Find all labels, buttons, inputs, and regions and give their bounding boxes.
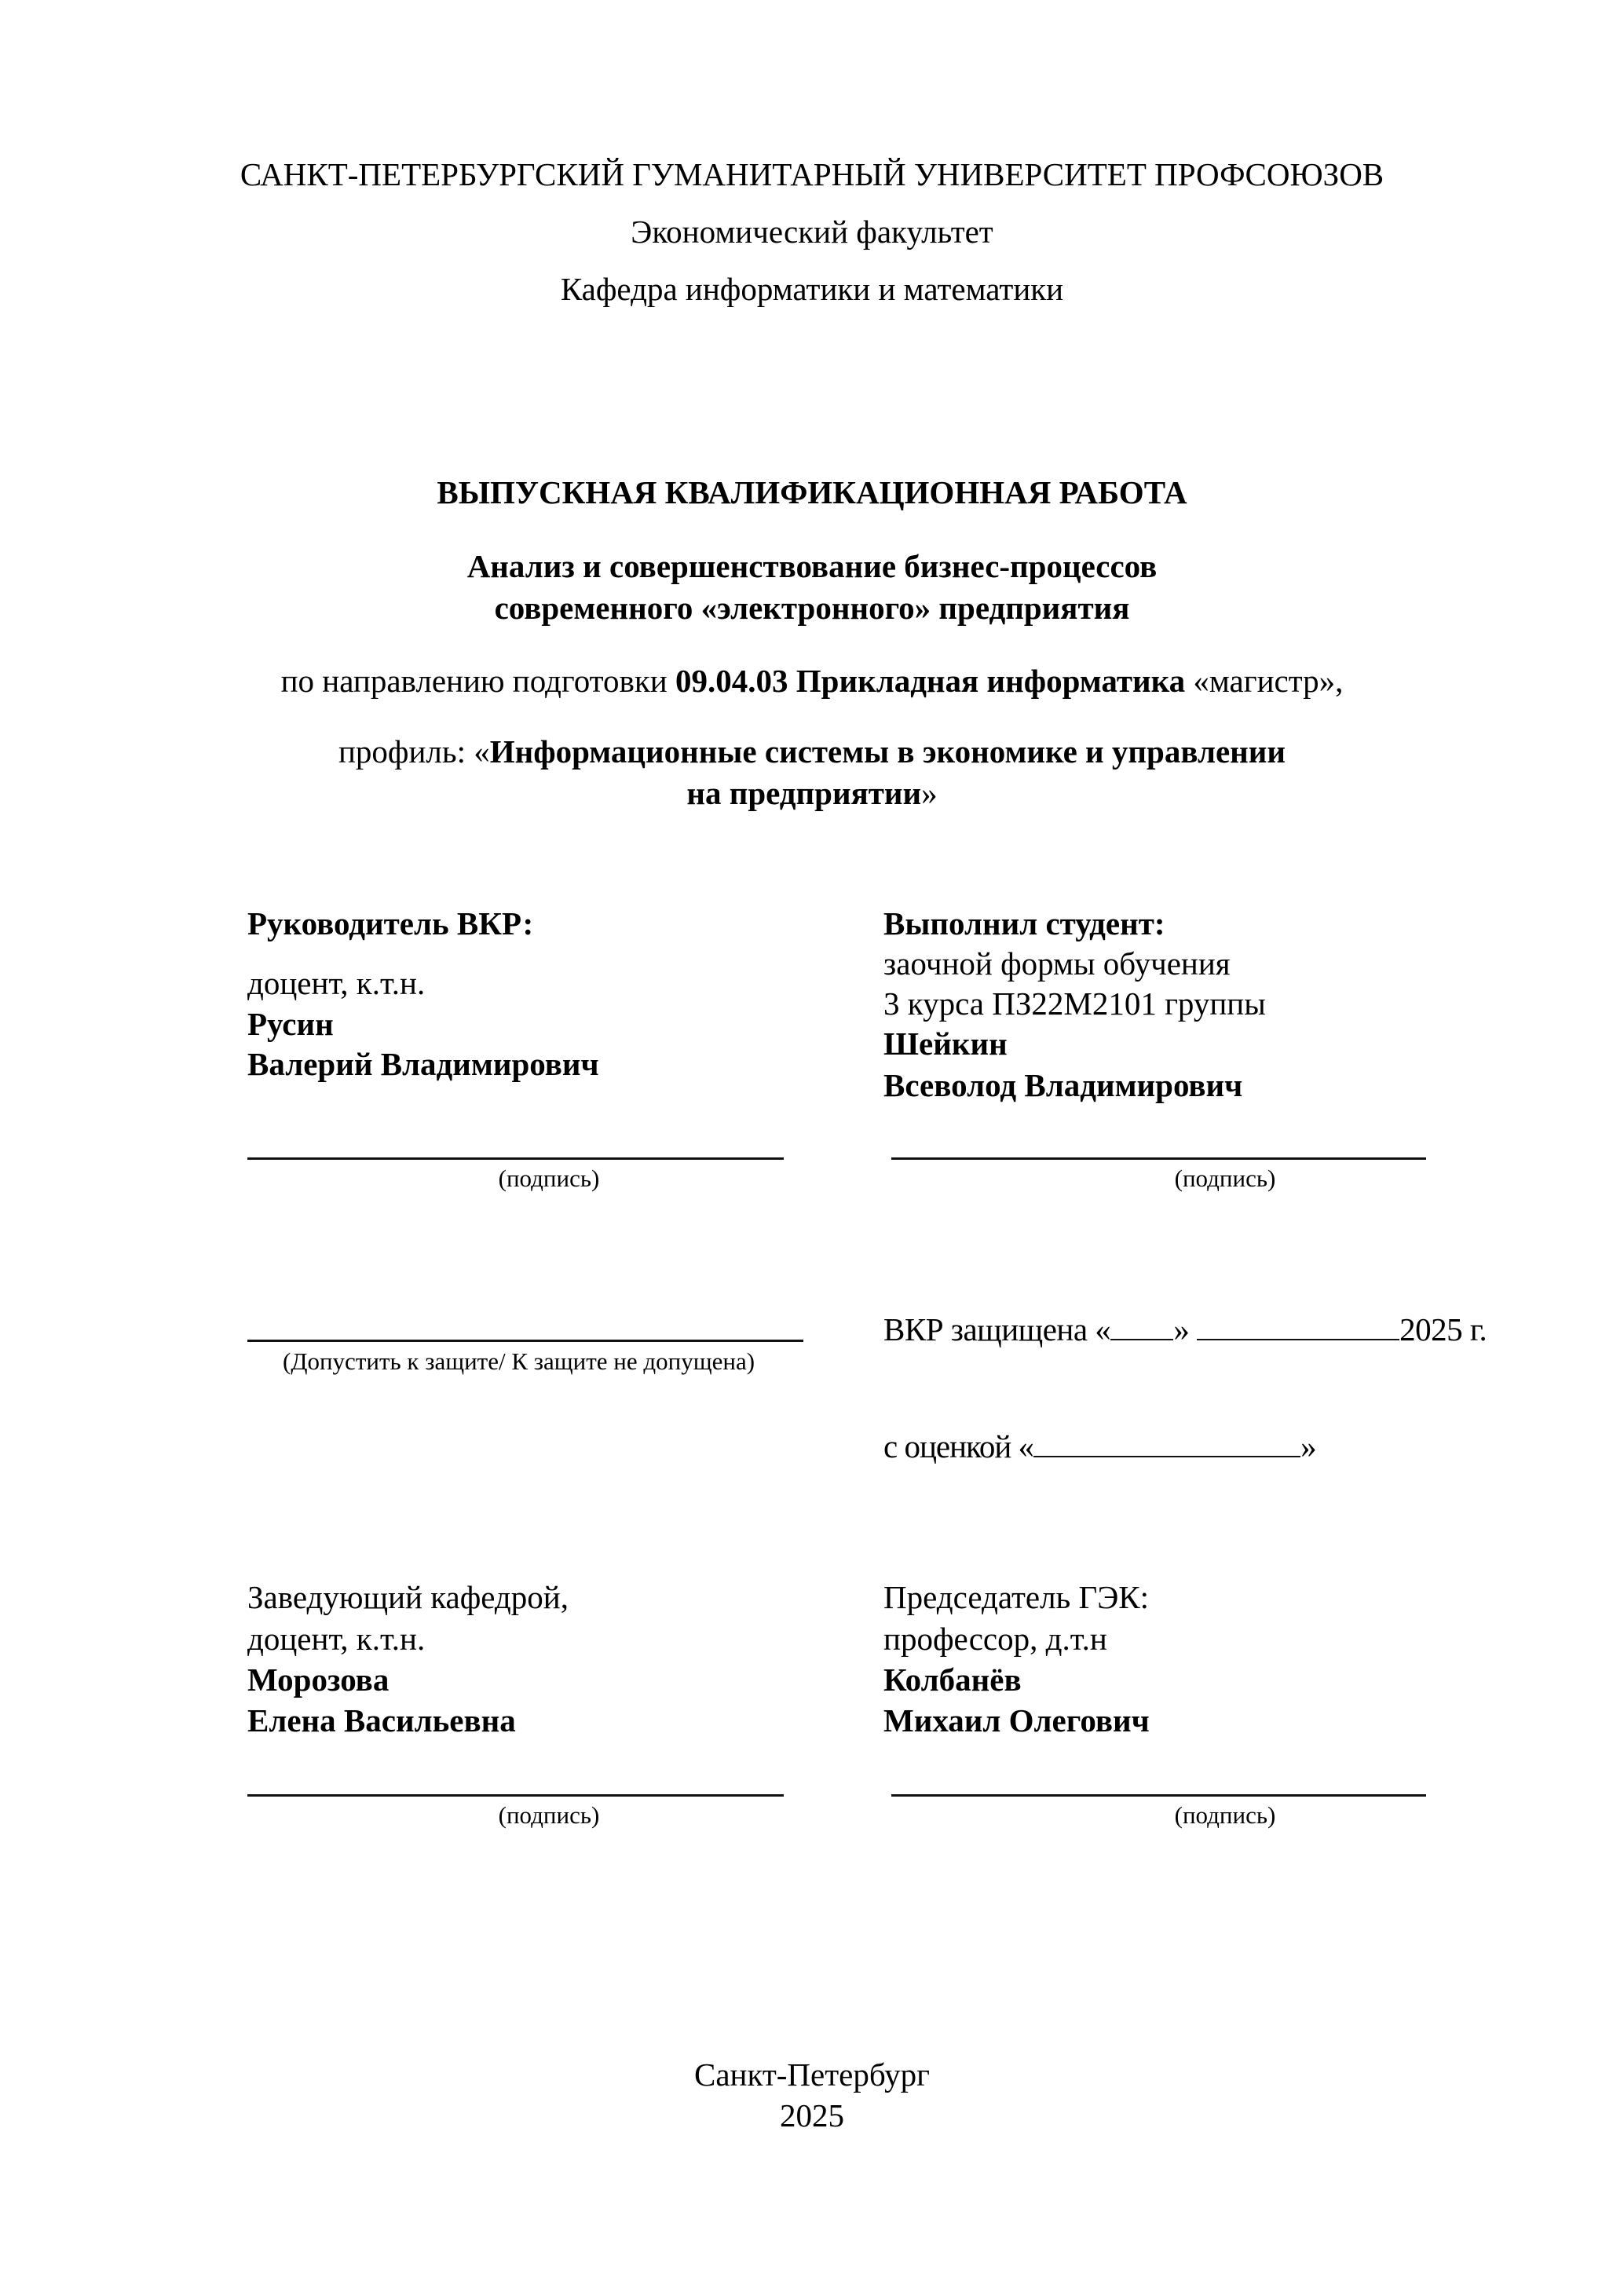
- gek-chair-heading: Председатель ГЭК:: [883, 1578, 1149, 1616]
- grade-suffix: »: [1300, 1428, 1316, 1464]
- admission-caption: (Допустить к защите/ К защите не допущен…: [283, 1347, 755, 1376]
- profile-name-line-1: Информационные системы в экономике и упр…: [490, 733, 1286, 770]
- student-signature-caption: (подпись): [1081, 1164, 1370, 1193]
- defense-date: ВКР защищена «» 2025 г.: [883, 1311, 1487, 1348]
- supervisor-signature-line[interactable]: [247, 1157, 784, 1160]
- head-surname: Морозова: [247, 1661, 389, 1698]
- student-name: Всеволод Владимирович: [883, 1066, 1242, 1104]
- defense-year: 2025 г.: [1399, 1311, 1487, 1347]
- direction-prefix: по направлению подготовки: [281, 663, 675, 699]
- supervisor-surname: Русин: [247, 1005, 334, 1043]
- topic-line-2: современного «электронного» предприятия: [0, 589, 1624, 627]
- head-heading: Заведующий кафедрой,: [247, 1578, 569, 1616]
- profile-prefix: профиль: «: [338, 733, 490, 770]
- head-name: Елена Васильевна: [247, 1702, 516, 1739]
- student-group: 3 курса ПЗ22М2101 группы: [883, 985, 1266, 1022]
- university-name: САНКТ-ПЕТЕРБУРГСКИЙ ГУМАНИТАРНЫЙ УНИВЕРС…: [0, 155, 1624, 193]
- student-signature-line[interactable]: [891, 1157, 1426, 1160]
- grade-prefix: с оценкой «: [883, 1428, 1033, 1464]
- direction-suffix: «магистр»,: [1185, 663, 1343, 699]
- defense-grade: с оценкой «»: [883, 1428, 1316, 1465]
- defense-prefix: ВКР защищена «: [883, 1311, 1110, 1347]
- profile-name-line-2: на предприятии: [686, 775, 921, 811]
- footer-city: Санкт-Петербург: [0, 2056, 1624, 2093]
- supervisor-name: Валерий Владимирович: [247, 1045, 599, 1083]
- direction-code: 09.04.03 Прикладная информатика: [675, 663, 1185, 699]
- faculty-name: Экономический факультет: [0, 213, 1624, 250]
- topic-line-1: Анализ и совершенствование бизнес-процес…: [0, 547, 1624, 585]
- head-signature-line[interactable]: [247, 1794, 784, 1797]
- gek-chair-name: Михаил Олегович: [883, 1702, 1150, 1739]
- admission-decision-line[interactable]: [247, 1340, 803, 1342]
- work-type-title: ВЫПУСКНАЯ КВАЛИФИКАЦИОННАЯ РАБОТА: [0, 473, 1624, 511]
- gek-chair-surname: Колбанёв: [883, 1661, 1022, 1698]
- department-name: Кафедра информатики и математики: [0, 270, 1624, 308]
- profile-line-1: профиль: «Информационные системы в эконо…: [0, 733, 1624, 770]
- supervisor-signature-caption: (подпись): [404, 1164, 693, 1193]
- study-direction: по направлению подготовки 09.04.03 Прикл…: [0, 662, 1624, 700]
- gek-chair-position: профессор, д.т.н: [883, 1620, 1107, 1658]
- supervisor-position: доцент, к.т.н.: [247, 964, 425, 1002]
- supervisor-heading: Руководитель ВКР:: [247, 905, 533, 942]
- footer-year: 2025: [0, 2097, 1624, 2134]
- profile-suffix: »: [921, 775, 938, 811]
- defense-day-field[interactable]: [1110, 1312, 1173, 1340]
- student-heading: Выполнил студент:: [883, 905, 1165, 942]
- student-study-form: заочной формы обучения: [883, 945, 1231, 982]
- gek-chair-signature-line[interactable]: [891, 1794, 1426, 1797]
- student-surname: Шейкин: [883, 1025, 1008, 1062]
- head-position: доцент, к.т.н.: [247, 1620, 425, 1658]
- profile-line-2: на предприятии»: [0, 774, 1624, 812]
- grade-field[interactable]: [1033, 1429, 1300, 1457]
- head-signature-caption: (подпись): [404, 1801, 693, 1830]
- defense-month-field[interactable]: [1197, 1312, 1399, 1340]
- gek-chair-signature-caption: (подпись): [1081, 1801, 1370, 1830]
- defense-middle: »: [1173, 1311, 1189, 1347]
